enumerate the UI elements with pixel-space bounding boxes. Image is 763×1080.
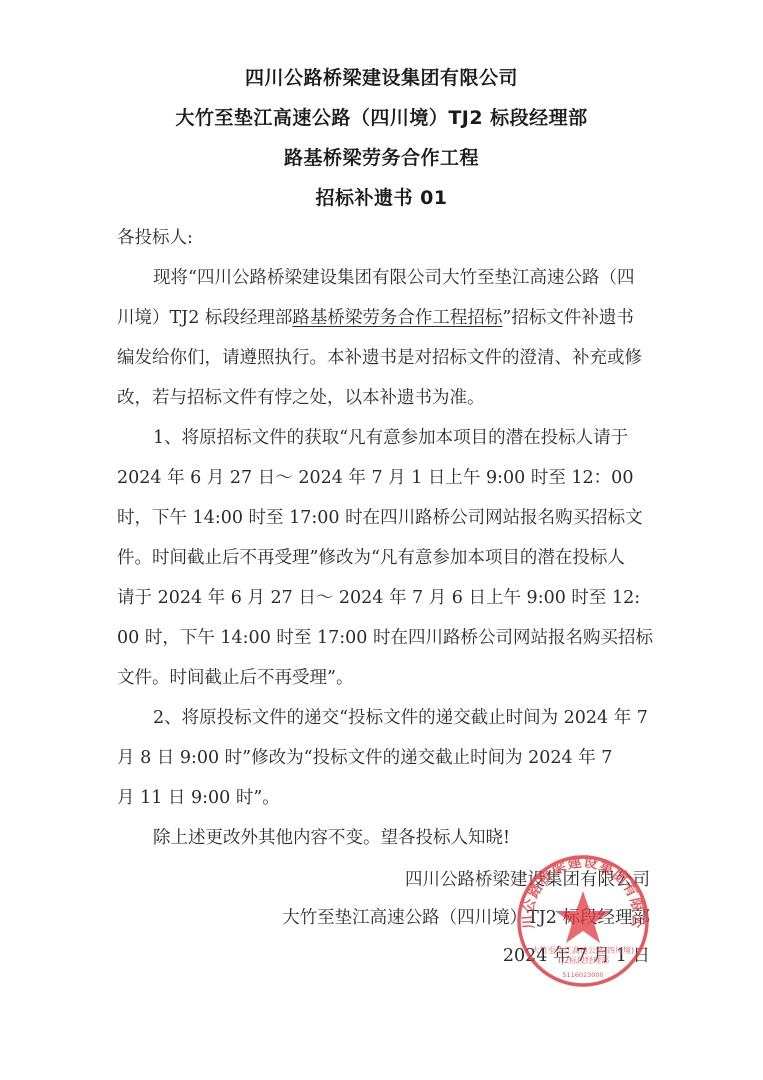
paragraph-line: 川境）TJ2 标段经理部路基桥梁劳务合作工程招标”招标文件补遗书	[117, 298, 653, 338]
title-company: 四川公路桥梁建设集团有限公司	[0, 58, 763, 98]
paragraph-text: 川境）TJ2 标段经理部	[117, 298, 292, 338]
salutation: 各投标人:	[117, 218, 653, 258]
paragraph-line: 1、将原招标文件的获取“凡有意参加本项目的潜在投标人请于	[117, 418, 653, 458]
underlined-project-name: 路基桥梁劳务合作工程招标	[292, 298, 502, 338]
intro-paragraph: 现将“四川公路桥梁建设集团有限公司大竹至垫江高速公路（四 川境）TJ2 标段经理…	[117, 258, 653, 418]
document-title: 四川公路桥梁建设集团有限公司 大竹至垫江高速公路（四川境）TJ2 标段经理部 路…	[0, 58, 763, 218]
paragraph-line: 2、将原投标文件的递交“投标文件的递交截止时间为 2024 年 7	[117, 698, 653, 738]
paragraph-line: 编发给你们，请遵照执行。本补遗书是对招标文件的澄清、补充或修	[117, 338, 653, 378]
paragraph-line: 月 11 日 9:00 时”。	[117, 778, 653, 818]
document-body: 各投标人: 现将“四川公路桥梁建设集团有限公司大竹至垫江高速公路（四 川境）TJ…	[117, 218, 653, 858]
paragraph-text: ”招标文件补遗书	[502, 298, 633, 338]
paragraph-line: 文件。时间截止后不再受理”。	[117, 658, 653, 698]
paragraph-line: 请于 2024 年 6 月 27 日～ 2024 年 7 月 6 日上午 9:0…	[117, 578, 653, 618]
signature-block: 四川公路桥梁建设集团有限公司 大竹至垫江高速公路（四川境）TJ2 标段经理部 2…	[117, 861, 650, 975]
paragraph-line: 时，下午 14:00 时至 17:00 时在四川路桥公司网站报名购买招标文	[117, 498, 653, 538]
item-1-paragraph: 1、将原招标文件的获取“凡有意参加本项目的潜在投标人请于 2024 年 6 月 …	[117, 418, 653, 698]
signature-department: 大竹至垫江高速公路（四川境）TJ2 标段经理部	[117, 899, 650, 937]
paragraph-line: 月 8 日 9:00 时”修改为“投标文件的递交截止时间为 2024 年 7	[117, 738, 653, 778]
signature-company: 四川公路桥梁建设集团有限公司	[117, 861, 650, 899]
paragraph-line: 现将“四川公路桥梁建设集团有限公司大竹至垫江高速公路（四	[117, 258, 653, 298]
title-addendum: 招标补遗书 01	[0, 178, 763, 218]
paragraph-line: 改，若与招标文件有悖之处，以本补遗书为准。	[117, 378, 653, 418]
signature-date: 2024 年 7 月 1 日	[117, 937, 650, 975]
document-page: 四川公路桥梁建设集团有限公司 大竹至垫江高速公路（四川境）TJ2 标段经理部 路…	[0, 0, 763, 1080]
paragraph-line: 件。时间截止后不再受理”修改为“凡有意参加本项目的潜在投标人	[117, 538, 653, 578]
closing-statement: 除上述更改外其他内容不变。望各投标人知晓!	[117, 818, 653, 858]
title-project: 路基桥梁劳务合作工程	[0, 138, 763, 178]
paragraph-line: 2024 年 6 月 27 日～ 2024 年 7 月 1 日上午 9:00 时…	[117, 458, 653, 498]
title-department: 大竹至垫江高速公路（四川境）TJ2 标段经理部	[0, 98, 763, 138]
paragraph-line: 00 时，下午 14:00 时至 17:00 时在四川路桥公司网站报名购买招标	[117, 618, 653, 658]
item-2-paragraph: 2、将原投标文件的递交“投标文件的递交截止时间为 2024 年 7 月 8 日 …	[117, 698, 653, 818]
